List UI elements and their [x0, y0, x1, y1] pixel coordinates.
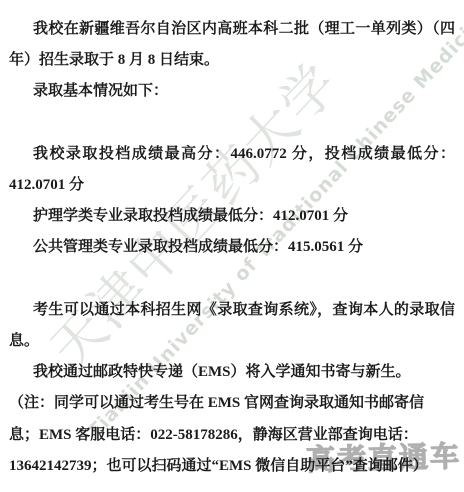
doc-line: 息；EMS 客服电话：022-58178286，静海区营业部查询电话：	[9, 420, 455, 451]
doc-line: 我校录取投档成绩最高分：446.0772 分，投档成绩最低分：	[9, 139, 455, 170]
doc-line: 护理学类专业录取投档成绩最低分：412.0701 分	[9, 201, 455, 232]
admission-notice-document: 天津中医药大学 Tianjin University of Traditiona…	[0, 0, 464, 492]
doc-line: （注：同学可以通过考生号在 EMS 官网查询录取通知书邮寄信	[9, 388, 455, 419]
blank-line	[9, 264, 455, 295]
doc-line: 公共管理类专业录取投档成绩最低分：415.0561 分	[9, 232, 455, 263]
doc-line: 我校通过邮政特快专递（EMS）将入学通知书寄与新生。	[9, 357, 455, 388]
document-body: 我校在新疆维吾尔自治区内高班本科二批（理工一单列类）（四 年）招生录取于 8 月…	[0, 0, 464, 482]
doc-line: 412.0701 分	[9, 170, 455, 201]
doc-line: 13642142739；也可以扫码通过“EMS 微信自助平台”查询邮件）	[9, 451, 455, 482]
doc-line: 考生可以通过本科招生网《录取查询系统》，查询本人的录取信	[9, 295, 455, 326]
doc-line: 息。	[9, 326, 455, 357]
doc-line: 我校在新疆维吾尔自治区内高班本科二批（理工一单列类）（四	[9, 14, 455, 45]
doc-line: 年）招生录取于 8 月 8 日结束。	[9, 45, 455, 76]
blank-line	[9, 108, 455, 139]
doc-line: 录取基本情况如下：	[9, 76, 455, 107]
